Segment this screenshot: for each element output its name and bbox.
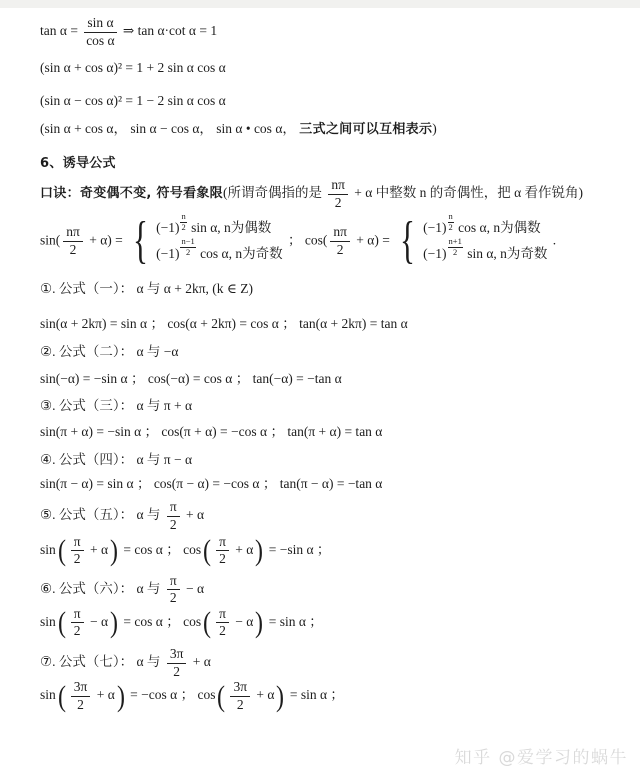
fraction-denominator: 2	[335, 195, 342, 211]
formula-text: = sin α ；	[265, 614, 322, 629]
formula-text: sin(π − α) = sin α ； cos(π − α) = −cos α…	[40, 476, 382, 491]
item-formula-5-title: ⑤. 公式（五）： α 与 π2 + α	[40, 500, 630, 532]
watermark: 知乎 @爱学习的蜗牛	[455, 743, 628, 768]
big-paren: )	[110, 538, 118, 564]
item-formula-6-body: sin(π2 − α) = cos α ； cos(π2 − α) = sin …	[40, 607, 630, 639]
big-paren: (	[203, 610, 211, 636]
formula-text: + α	[232, 542, 253, 557]
page-top-edge	[0, 0, 640, 8]
formula-text: ③. 公式（三）： α 与 π + α	[40, 398, 192, 413]
formula-text: = −cos α ； cos	[127, 687, 216, 702]
formula-text: + α) =	[353, 233, 393, 248]
note-three-expressions: (sin α + cos α， sin α − cos α， sin α • c…	[40, 119, 630, 140]
brace-icon: {	[400, 218, 415, 265]
formula-text: + α	[183, 508, 204, 523]
formula-text: sin	[40, 687, 56, 702]
formula-text: (sin α − cos α)² = 1 − 2 sin α cos α	[40, 93, 226, 108]
cases-row: (−1)n2 cos α, n为偶数	[423, 218, 547, 239]
mnemonic-line: 口诀：奇变偶不变, 符号看象限(所谓奇偶指的是 nπ2 + α 中整数 n 的奇…	[40, 178, 630, 210]
superscript-fraction: n2	[180, 212, 186, 233]
formula-text: sin(α + 2kπ) = sin α ； cos(α + 2kπ) = co…	[40, 316, 408, 331]
big-paren: (	[58, 610, 66, 636]
formula-text: = −sin α ；	[265, 542, 330, 557]
formula-sum-square: (sin α + cos α)² = 1 + 2 sin α cos α	[40, 58, 630, 78]
formula-text: ⇒ tan α·cot α = 1	[120, 23, 218, 38]
item-formula-7-body: sin(3π2 + α) = −cos α ； cos(3π2 + α) = s…	[40, 680, 630, 712]
cases-row: (−1)n2 sin α, n为偶数	[156, 218, 282, 239]
item-formula-6-title: ⑥. 公式（六）： α 与 π2 − α	[40, 574, 630, 606]
fraction-denominator: 2	[74, 623, 81, 639]
cases-rows: (−1)n2 sin α, n为偶数(−1)n−12 cos α, n为奇数	[156, 218, 282, 264]
fraction: 3π2	[71, 680, 91, 712]
fraction-numerator: π	[71, 535, 84, 552]
formula-text: + α	[93, 687, 114, 702]
brace-icon: {	[133, 218, 148, 265]
big-paren: (	[58, 684, 66, 710]
formula-text: (sin α + cos α)² = 1 + 2 sin α cos α	[40, 60, 226, 75]
formula-text: − α	[87, 614, 108, 629]
fraction: nπ2	[330, 225, 350, 257]
fraction-numerator: π	[216, 535, 229, 552]
big-paren: (	[217, 684, 225, 710]
big-paren: )	[117, 684, 125, 710]
cases-group: {(−1)n2 sin α, n为偶数(−1)n−12 cos α, n为奇数	[128, 218, 282, 265]
fraction-numerator: nπ	[63, 225, 83, 242]
big-paren: )	[276, 684, 284, 710]
formula-text: sin α, n为奇数	[464, 246, 548, 261]
item-formula-3-body: sin(π + α) = −sin α ； cos(π + α) = −cos …	[40, 422, 630, 442]
formula-text: + α 中整数 n 的奇偶性，把 α 看作锐角)	[351, 185, 583, 200]
formula-text: ①. 公式（一）： α 与 α + 2kπ, (k ∈ Z)	[40, 281, 253, 296]
fraction-denominator: cos α	[86, 33, 114, 49]
formula-text: (sin α + cos α， sin α − cos α， sin α • c…	[40, 121, 299, 136]
fraction-numerator: 3π	[167, 647, 187, 664]
formula-text: cos α, n为奇数	[197, 246, 283, 261]
fraction-denominator: 2	[170, 590, 177, 606]
fraction-numerator: π	[167, 500, 180, 517]
formula-text: sin α, n为偶数	[188, 220, 272, 235]
big-paren: (	[203, 538, 211, 564]
formula-text: sin	[40, 614, 56, 629]
item-formula-4-body: sin(π − α) = sin α ； cos(π − α) = −cos α…	[40, 474, 630, 494]
fraction-denominator: 2	[219, 551, 226, 567]
fraction: π2	[71, 535, 84, 567]
fraction-denominator: 2	[337, 242, 344, 258]
fraction: π2	[167, 500, 180, 532]
formula-tan-cot-identity: tan α = sin αcos α ⇒ tan α·cot α = 1	[40, 16, 630, 48]
big-paren: )	[110, 610, 118, 636]
fraction-numerator: nπ	[330, 225, 350, 242]
fraction-numerator: 3π	[230, 680, 250, 697]
big-paren: )	[255, 610, 263, 636]
formula-text: + α) =	[86, 233, 126, 248]
formula-text: sin(	[40, 233, 60, 248]
formula-diff-square: (sin α − cos α)² = 1 − 2 sin α cos α	[40, 91, 630, 111]
cases-group: {(−1)n2 cos α, n为偶数(−1)n+12 sin α, n为奇数	[395, 218, 547, 265]
cases-row: (−1)n−12 cos α, n为奇数	[156, 244, 282, 265]
document-content: tan α = sin αcos α ⇒ tan α·cot α = 1(sin…	[0, 8, 640, 712]
bold-text: 6、诱导公式	[40, 156, 116, 171]
item-formula-5-body: sin(π2 + α) = cos α ； cos(π2 + α) = −sin…	[40, 535, 630, 567]
fraction-denominator: 2	[170, 517, 177, 533]
fraction: π2	[167, 574, 180, 606]
item-formula-3-title: ③. 公式（三）： α 与 π + α	[40, 396, 630, 416]
fraction: 3π2	[167, 647, 187, 679]
formula-text: + α	[189, 654, 210, 669]
formula-text: ⑦. 公式（七）： α 与	[40, 654, 164, 669]
fraction-denominator: 2	[449, 223, 453, 233]
fraction-numerator: sin α	[84, 16, 116, 33]
formula-text: tan α =	[40, 23, 81, 38]
formula-text: (−1)	[156, 220, 179, 235]
formula-text: (−1)	[423, 220, 446, 235]
item-formula-1-body: sin(α + 2kπ) = sin α ； cos(α + 2kπ) = co…	[40, 314, 630, 334]
fraction: nπ2	[63, 225, 83, 257]
fraction-denominator: 2	[181, 223, 185, 233]
big-paren: )	[255, 538, 263, 564]
superscript-fraction: n−12	[180, 237, 195, 258]
fraction: π2	[216, 535, 229, 567]
bold-text: 三式之间可以互相表示	[299, 122, 432, 137]
cases-row: (−1)n+12 sin α, n为奇数	[423, 244, 547, 265]
formula-text: − α	[232, 614, 253, 629]
fraction-denominator: 2	[74, 551, 81, 567]
formula-text: ⑤. 公式（五）： α 与	[40, 508, 164, 523]
formula-text: ； cos(	[285, 233, 328, 248]
formula-text: sin(−α) = −sin α ； cos(−α) = cos α ； tan…	[40, 371, 342, 386]
formula-text: + α	[253, 687, 274, 702]
fraction-numerator: nπ	[328, 178, 348, 195]
formula-text: − α	[183, 581, 204, 596]
formula-text: + α	[87, 542, 108, 557]
fraction-denominator: 2	[77, 697, 84, 713]
fraction: π2	[216, 607, 229, 639]
fraction-denominator: 2	[453, 248, 457, 258]
superscript-fraction: n2	[448, 212, 454, 233]
formula-text: cos α, n为偶数	[455, 220, 541, 235]
formula-text: (−1)	[156, 246, 179, 261]
fraction-denominator: 2	[219, 623, 226, 639]
superscript-fraction: n+12	[448, 237, 463, 258]
fraction: sin αcos α	[84, 16, 116, 48]
formula-text: = cos α ； cos	[120, 614, 201, 629]
bold-text: 口诀：奇变偶不变, 符号看象限	[40, 186, 223, 201]
formula-text: .	[549, 233, 556, 248]
piecewise-parity-formula: sin(nπ2 + α) = {(−1)n2 sin α, n为偶数(−1)n−…	[40, 218, 630, 265]
page: { "page": { "background": "#ffffff", "to…	[0, 0, 640, 780]
item-formula-2-title: ②. 公式（二）： α 与 −α	[40, 342, 630, 362]
formula-text: = sin α ；	[286, 687, 343, 702]
item-formula-4-title: ④. 公式（四）： α 与 π − α	[40, 450, 630, 470]
fraction: nπ2	[328, 178, 348, 210]
formula-text: )	[432, 121, 437, 136]
fraction: π2	[71, 607, 84, 639]
formula-text: ②. 公式（二）： α 与 −α	[40, 344, 179, 359]
fraction-denominator: 2	[237, 697, 244, 713]
fraction-denominator: 2	[70, 242, 77, 258]
cases-rows: (−1)n2 cos α, n为偶数(−1)n+12 sin α, n为奇数	[423, 218, 547, 264]
fraction-numerator: π	[216, 607, 229, 624]
formula-text: sin(π + α) = −sin α ； cos(π + α) = −cos …	[40, 424, 382, 439]
big-paren: (	[58, 538, 66, 564]
item-formula-1-title: ①. 公式（一）： α 与 α + 2kπ, (k ∈ Z)	[40, 279, 630, 299]
fraction-numerator: π	[71, 607, 84, 624]
fraction: 3π2	[230, 680, 250, 712]
formula-text: = cos α ； cos	[120, 542, 201, 557]
heading-induction-formulas: 6、诱导公式	[40, 153, 630, 174]
formula-text: (所谓奇偶指的是	[223, 185, 325, 200]
formula-text: sin	[40, 542, 56, 557]
item-formula-2-body: sin(−α) = −sin α ； cos(−α) = cos α ； tan…	[40, 369, 630, 389]
fraction-denominator: 2	[186, 248, 190, 258]
item-formula-7-title: ⑦. 公式（七）： α 与 3π2 + α	[40, 647, 630, 679]
formula-text: (−1)	[423, 246, 446, 261]
formula-text: ⑥. 公式（六）： α 与	[40, 581, 164, 596]
fraction-numerator: π	[167, 574, 180, 591]
formula-text: ④. 公式（四）： α 与 π − α	[40, 452, 192, 467]
fraction-numerator: 3π	[71, 680, 91, 697]
fraction-denominator: 2	[173, 664, 180, 680]
